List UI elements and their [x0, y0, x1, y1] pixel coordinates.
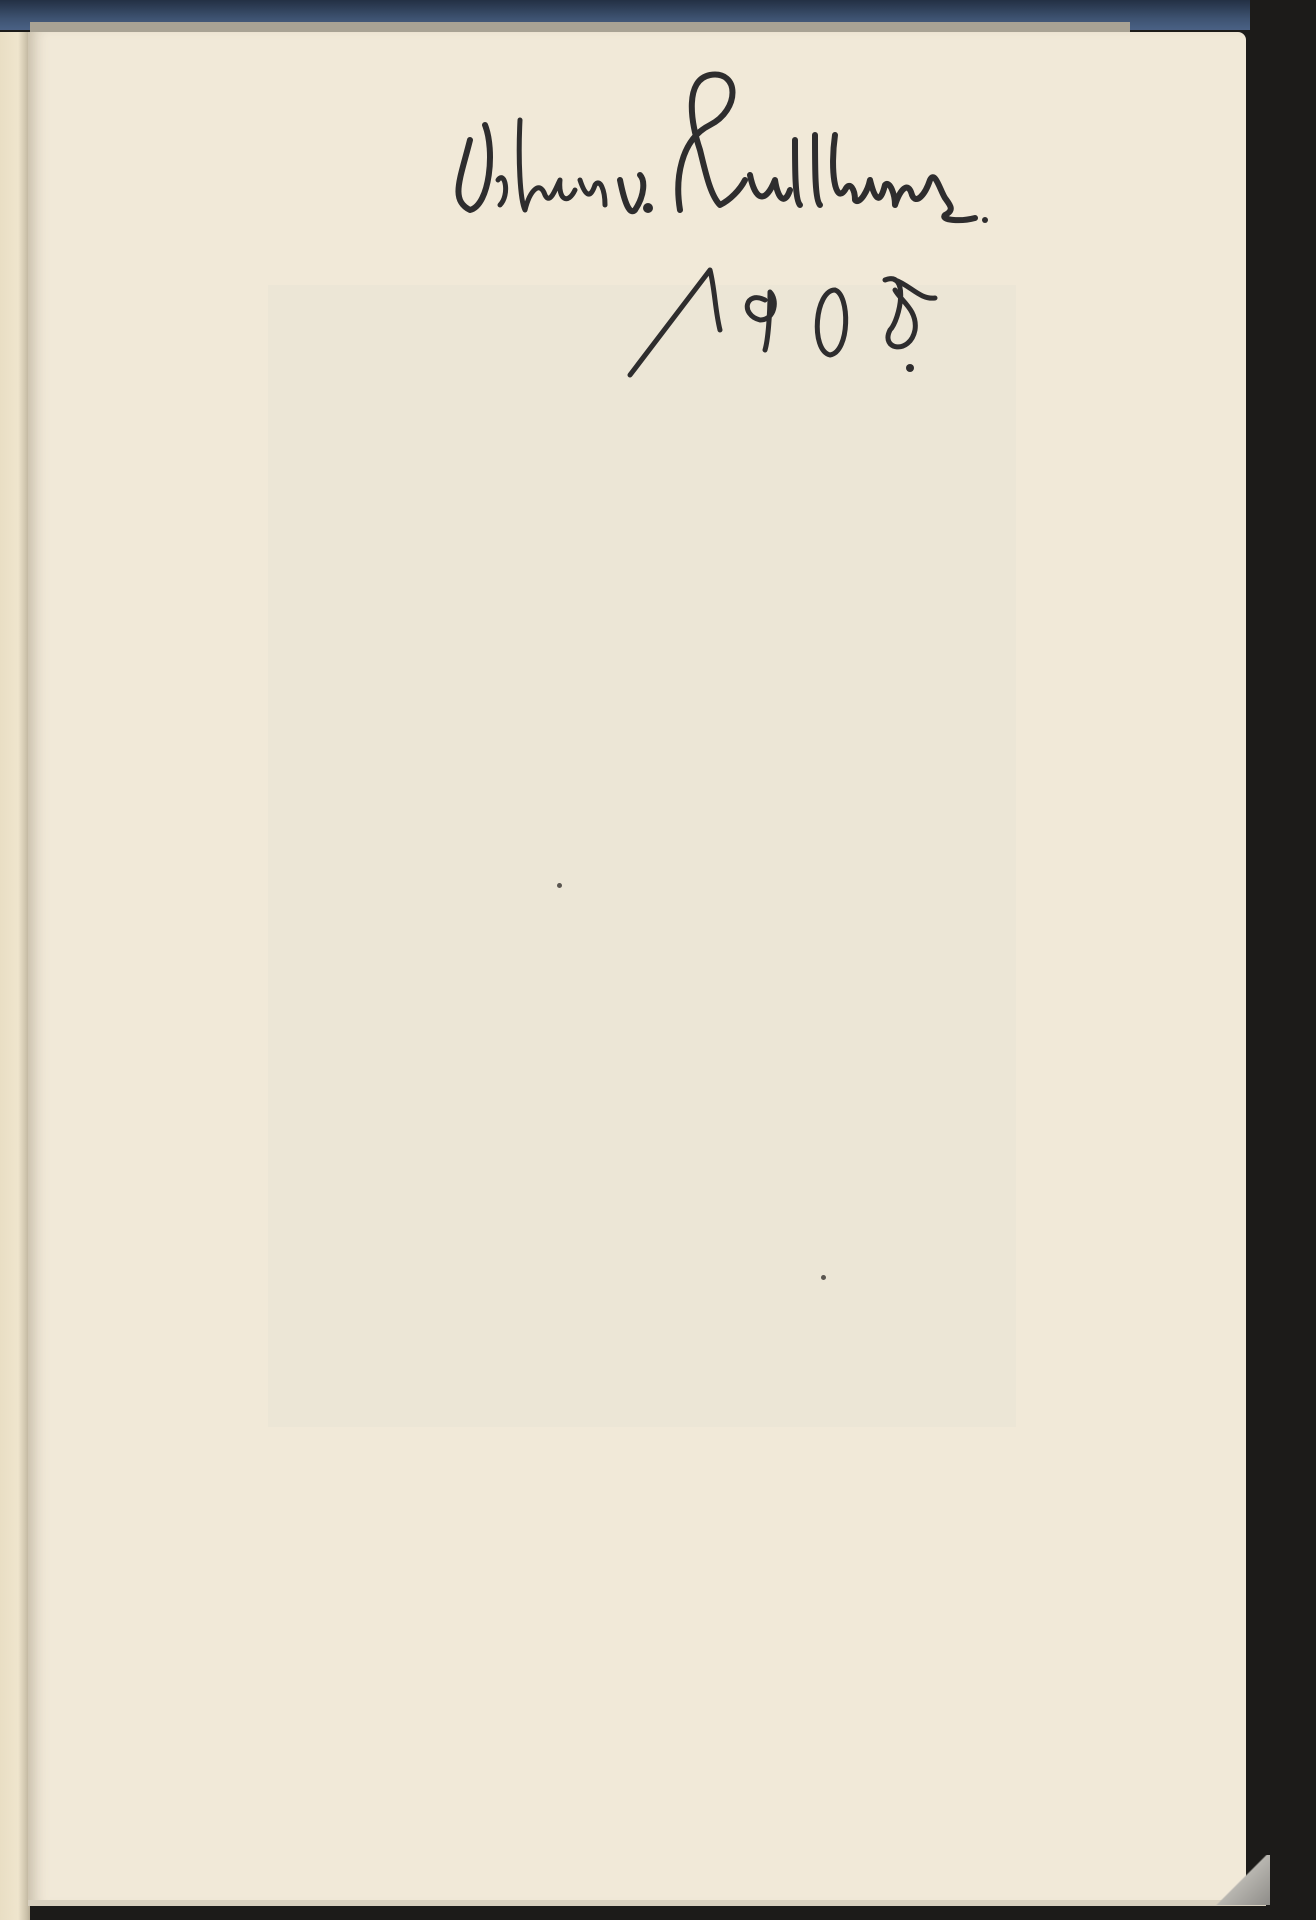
previous-page-edges — [0, 32, 30, 1920]
ink-speck — [557, 883, 562, 888]
page-bottom-edge — [28, 1900, 1266, 1906]
handwritten-inscription: Oskar v. Puttkamer. 1908. — [440, 30, 1240, 390]
ink-speck — [821, 1275, 826, 1280]
plate-show-through — [268, 285, 1016, 1427]
folded-page-corner — [1215, 1855, 1270, 1905]
signature-drawing — [440, 30, 1240, 390]
